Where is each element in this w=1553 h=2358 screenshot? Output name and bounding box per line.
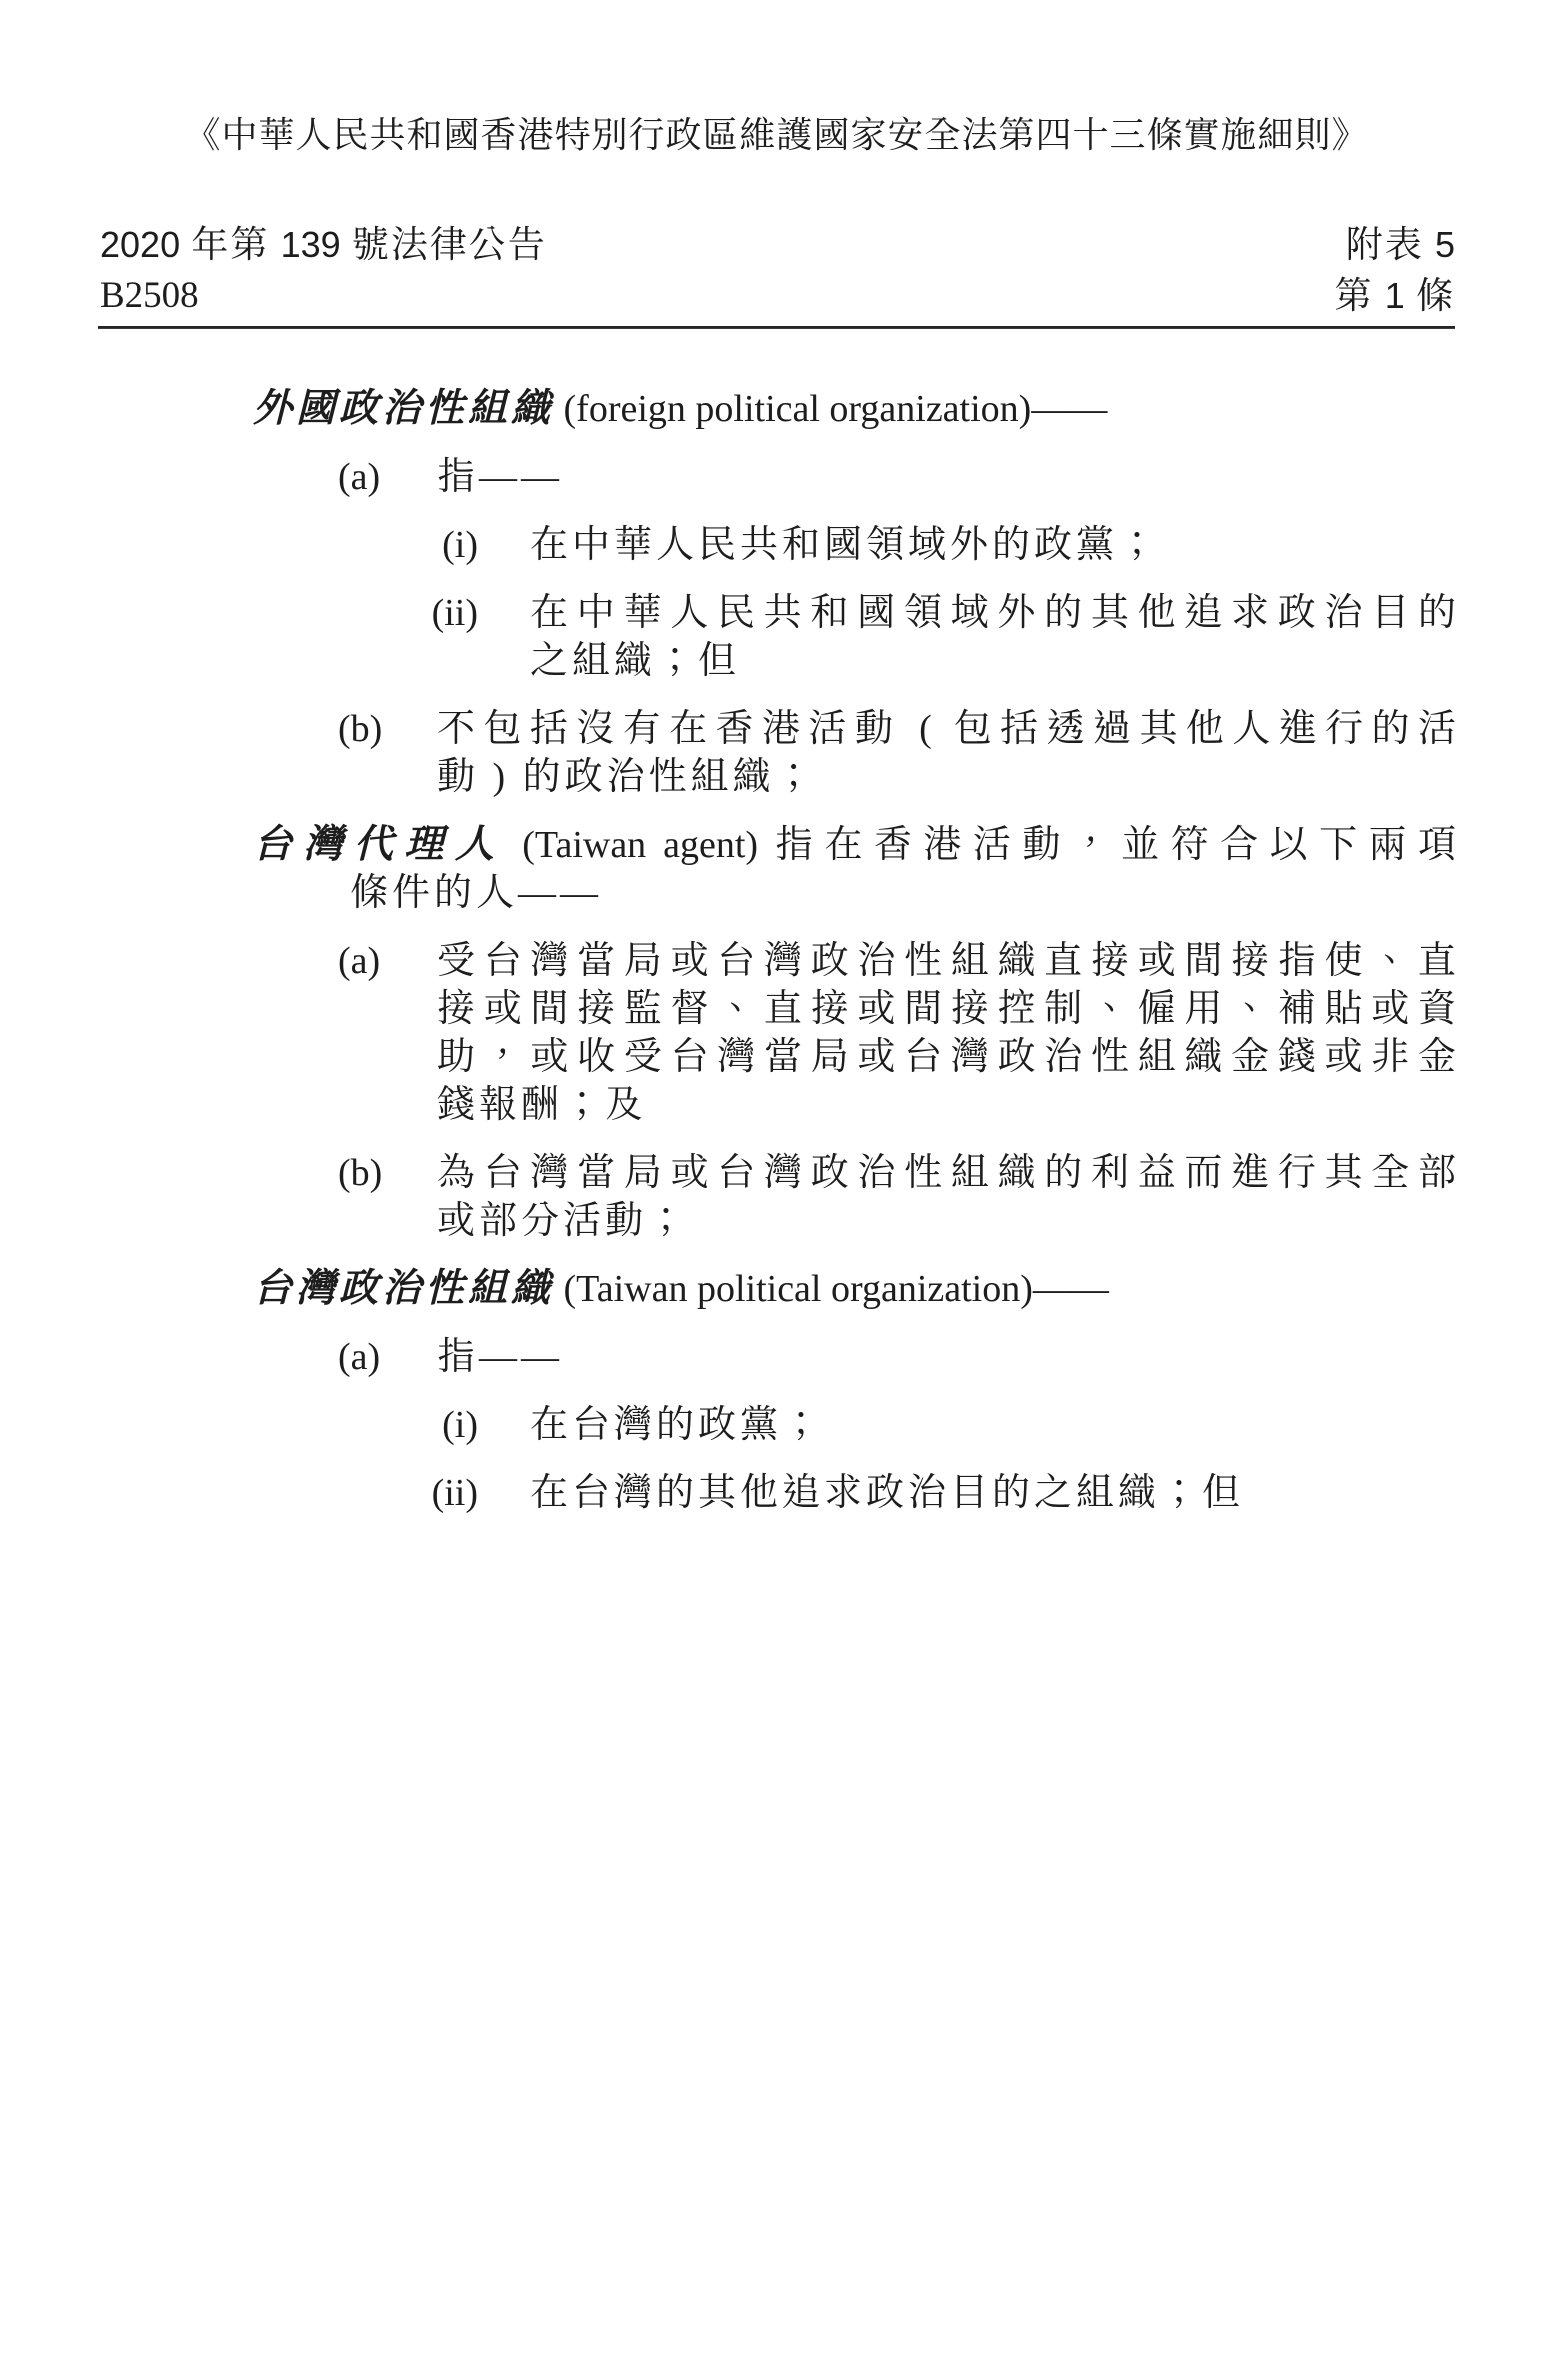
doc-title: 《中華人民共和國香港特別行政區維護國家安全法第四十三條實施細則》 [0,0,1553,158]
definition-head-line: 條件的人—— [253,869,1460,917]
item-line: 或部分活動； [437,1197,1460,1245]
document-page: 《中華人民共和國香港特別行政區維護國家安全法第四十三條實施細則》 2020 年第… [0,0,1553,2358]
item-text: 動 ) 的政治性組織； [437,756,817,798]
list-item-ii: (ii) 在中華人民共和國領域外的其他追求政治目的 之組織；但 [253,589,1460,685]
definition-term: 台灣代理人 [253,823,505,866]
header-right: 附表 5 第 1 條 [1334,220,1455,322]
item-line: 指—— [437,1333,1460,1381]
definition-term: 外國政治性組織 [253,387,554,430]
section-prefix: 第 [1334,276,1384,317]
definition-text: 條件的人—— [350,872,602,914]
definition-head-foreign-political-organization: 外國政治性組織 (foreign political organization)… [253,385,1460,433]
item-text: 或部分活動； [437,1200,689,1242]
item-line: 在中華人民共和國領域外的政黨； [530,521,1460,569]
item-line: 助，或收受台灣當局或台灣政治性組織金錢或非金 [437,1033,1460,1081]
item-line: 接或間接監督、直接或間接控制、僱用、補貼或資 [437,985,1460,1033]
item-line: 在台灣的其他追求政治目的之組織；但 [530,1469,1460,1517]
page-header: 2020 年第 139 號法律公告 B2508 附表 5 第 1 條 [100,220,1455,322]
definition-head-line: 台灣政治性組織 (Taiwan political organization)—… [253,1265,1460,1313]
item-text: 在中華人民共和國領域外的其他追求政治目的 [530,592,1460,634]
notice-text-1: 年第 [180,225,281,266]
item-line: 錢報酬；及 [437,1081,1460,1129]
header-left: 2020 年第 139 號法律公告 B2508 [100,220,547,322]
item-line: 不包括沒有在香港活動 ( 包括透過其他人進行的活 [437,705,1460,753]
list-item-a: (a) 指—— [253,453,1460,501]
em-dash: —— [1031,388,1107,430]
list-item-ii: (ii) 在台灣的其他追求政治目的之組織；但 [253,1469,1460,1517]
notice-year: 2020 [100,224,180,265]
item-text: 指—— [437,456,563,498]
item-marker: (ii) [338,589,478,637]
item-text: 在台灣的其他追求政治目的之組織；但 [530,1472,1244,1514]
item-line: 在台灣的政黨； [530,1401,1460,1449]
list-item-a: (a) 指—— [253,1333,1460,1381]
notice-text-2: 號法律公告 [341,225,547,266]
header-divider [98,326,1455,329]
notice-number: 139 [281,224,341,265]
item-text: 指—— [437,1336,563,1378]
definition-term-english: (Taiwan political organization) [554,1268,1033,1310]
item-marker: (i) [338,1401,478,1449]
item-marker: (a) [338,937,380,985]
item-line: 之組織；但 [530,637,1460,685]
definition-term: 台灣政治性組織 [253,1267,554,1310]
list-item-a: (a) 受台灣當局或台灣政治性組織直接或間接指使、直 接或間接監督、直接或間接控… [253,937,1460,1129]
definition-head-line: 外國政治性組織 (foreign political organization)… [253,385,1460,433]
item-marker: (ii) [338,1469,478,1517]
item-marker: (b) [338,1149,382,1197]
item-text: 助，或收受台灣當局或台灣政治性組織金錢或非金 [437,1036,1460,1078]
section-suffix: 條 [1405,276,1455,317]
list-item-i: (i) 在台灣的政黨； [253,1401,1460,1449]
item-line: 指—— [437,453,1460,501]
schedule-label: 附表 [1346,225,1435,266]
em-dash: —— [1033,1268,1109,1310]
definition-head-line: 台灣代理人 (Taiwan agent) 指在香港活動，並符合以下兩項 [253,821,1460,869]
list-item-b: (b) 為台灣當局或台灣政治性組織的利益而進行其全部 或部分活動； [253,1149,1460,1245]
definition-head-taiwan-political-organization: 台灣政治性組織 (Taiwan political organization)—… [253,1265,1460,1313]
definition-term-english: (foreign political organization) [554,388,1031,430]
item-line: 為台灣當局或台灣政治性組織的利益而進行其全部 [437,1149,1460,1197]
list-item-b: (b) 不包括沒有在香港活動 ( 包括透過其他人進行的活 動 ) 的政治性組織； [253,705,1460,801]
item-text: 在中華人民共和國領域外的政黨； [530,524,1160,566]
definition-text: 指在香港活動，並符合以下兩項 [775,824,1460,866]
item-line: 在中華人民共和國領域外的其他追求政治目的 [530,589,1460,637]
item-line: 受台灣當局或台灣政治性組織直接或間接指使、直 [437,937,1460,985]
definitions-body: 外國政治性組織 (foreign political organization)… [253,385,1460,1517]
section-ref: 第 1 條 [1334,271,1455,322]
item-marker: (b) [338,705,382,753]
item-text: 受台灣當局或台灣政治性組織直接或間接指使、直 [437,940,1460,982]
item-text: 之組織；但 [530,640,740,682]
gazette-notice-number: 2020 年第 139 號法律公告 [100,220,547,271]
definition-term-english: (Taiwan agent) [505,824,775,866]
definition-head-taiwan-agent: 台灣代理人 (Taiwan agent) 指在香港活動，並符合以下兩項 條件的人… [253,821,1460,917]
item-text: 不包括沒有在香港活動 ( 包括透過其他人進行的活 [437,708,1460,750]
list-item-i: (i) 在中華人民共和國領域外的政黨； [253,521,1460,569]
schedule-ref: 附表 5 [1334,220,1455,271]
item-text: 在台灣的政黨； [530,1404,824,1446]
item-line: 動 ) 的政治性組織； [437,753,1460,801]
item-text: 錢報酬；及 [437,1084,647,1126]
page-code: B2508 [100,271,547,321]
item-marker: (i) [338,521,478,569]
item-marker: (a) [338,1333,380,1381]
item-text: 接或間接監督、直接或間接控制、僱用、補貼或資 [437,988,1460,1030]
schedule-number: 5 [1435,224,1455,265]
section-number: 1 [1385,275,1405,316]
item-marker: (a) [338,453,380,501]
item-text: 為台灣當局或台灣政治性組織的利益而進行其全部 [437,1152,1460,1194]
